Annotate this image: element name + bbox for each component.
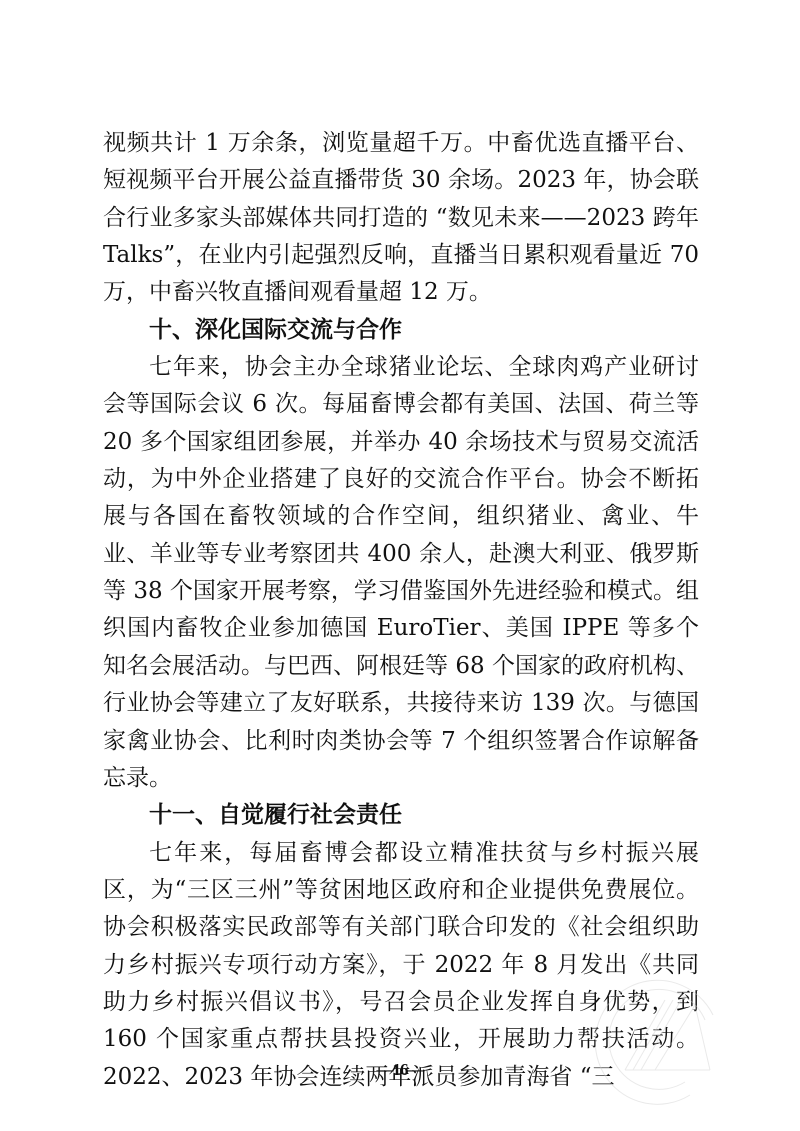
section-heading-10: 十、深化国际交流与合作 [103, 312, 699, 349]
paragraph-international-exchange: 七年来，协会主办全球猪业论坛、全球肉鸡产业研讨会等国际会议 6 次。每届畜博会都… [103, 349, 699, 797]
body-text: 视频共计 1 万余条，浏览量超千万。中畜优选直播平台、短视频平台开展公益直播带货… [103, 125, 699, 1096]
section-heading-11: 十一、自觉履行社会责任 [103, 797, 699, 834]
document-page: 视频共计 1 万余条，浏览量超千万。中畜优选直播平台、短视频平台开展公益直播带货… [0, 0, 800, 1131]
paragraph-continuation: 视频共计 1 万余条，浏览量超千万。中畜优选直播平台、短视频平台开展公益直播带货… [103, 125, 699, 312]
watermark-logo-icon [585, 970, 725, 1110]
